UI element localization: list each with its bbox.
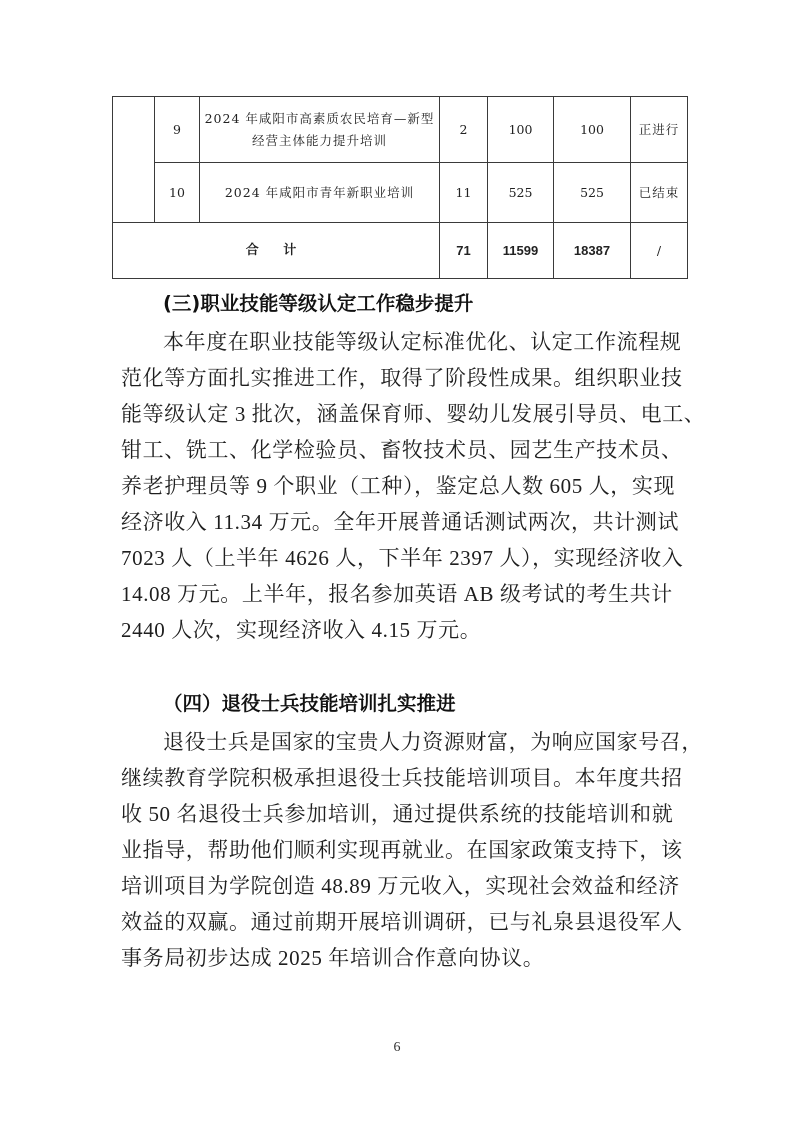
document-page: 9 2024 年咸阳市高素质农民培育—新型 经营主体能力提升培训 2 100 1…	[0, 0, 794, 1123]
category-cell	[113, 97, 155, 223]
planned-cell: 525	[488, 163, 554, 223]
status-cell: 正进行	[631, 97, 688, 163]
actual-cell: 100	[554, 97, 631, 163]
sessions-cell: 2	[440, 97, 488, 163]
index-cell: 9	[155, 97, 200, 163]
project-name-line: 2024 年咸阳市高素质农民培育—新型	[200, 108, 439, 130]
paragraph-line: 事务局初步达成 2025 年培训合作意向协议。	[121, 940, 674, 976]
paragraph-line: 退役士兵是国家的宝贵人力资源财富，为响应国家号召，	[163, 724, 674, 760]
paragraph-line: 7023 人（上半年 4626 人，下半年 2397 人），实现经济收入	[121, 540, 674, 576]
training-table: 9 2024 年咸阳市高素质农民培育—新型 经营主体能力提升培训 2 100 1…	[112, 96, 688, 279]
total-sessions: 71	[440, 223, 488, 279]
paragraph-line: 业指导，帮助他们顺利实现再就业。在国家政策支持下，该	[121, 832, 674, 868]
paragraph-line: 本年度在职业技能等级认定标准优化、认定工作流程规	[163, 324, 674, 360]
table-total-row: 合 计 71 11599 18387 /	[113, 223, 688, 279]
project-name-line: 经营主体能力提升培训	[200, 130, 439, 152]
total-status: /	[631, 223, 688, 279]
paragraph-line: 养老护理员等 9 个职业（工种），鉴定总人数 605 人，实现	[121, 468, 674, 504]
paragraph-line: 培训项目为学院创造 48.89 万元收入，实现社会效益和经济	[121, 868, 674, 904]
total-planned: 11599	[488, 223, 554, 279]
paragraph-line: 钳工、铣工、化学检验员、畜牧技术员、园艺生产技术员、	[121, 432, 674, 468]
sessions-cell: 11	[440, 163, 488, 223]
project-name-cell: 2024 年咸阳市高素质农民培育—新型 经营主体能力提升培训	[200, 97, 440, 163]
section-heading-4: （四）退役士兵技能培训扎实推进	[163, 686, 456, 722]
status-cell: 已结束	[631, 163, 688, 223]
table-row: 10 2024 年咸阳市青年新职业培训 11 525 525 已结束	[113, 163, 688, 223]
table-row: 9 2024 年咸阳市高素质农民培育—新型 经营主体能力提升培训 2 100 1…	[113, 97, 688, 163]
paragraph-line: 范化等方面扎实推进工作，取得了阶段性成果。组织职业技	[121, 360, 674, 396]
page-number: 6	[0, 1040, 794, 1056]
paragraph-line: 14.08 万元。上半年，报名参加英语 AB 级考试的考生共计	[121, 576, 674, 612]
paragraph-line: 收 50 名退役士兵参加培训，通过提供系统的技能培训和就	[121, 796, 674, 832]
planned-cell: 100	[488, 97, 554, 163]
index-cell: 10	[155, 163, 200, 223]
paragraph-line: 继续教育学院积极承担退役士兵技能培训项目。本年度共招	[121, 760, 674, 796]
project-name-cell: 2024 年咸阳市青年新职业培训	[200, 163, 440, 223]
total-label: 合 计	[113, 223, 440, 279]
total-actual: 18387	[554, 223, 631, 279]
actual-cell: 525	[554, 163, 631, 223]
paragraph-line: 经济收入 11.34 万元。全年开展普通话测试两次，共计测试	[121, 504, 674, 540]
paragraph-line: 能等级认定 3 批次，涵盖保育师、婴幼儿发展引导员、电工、	[121, 396, 674, 432]
section-heading-3: (三)职业技能等级认定工作稳步提升	[163, 286, 473, 322]
paragraph-line: 效益的双赢。通过前期开展培训调研，已与礼泉县退役军人	[121, 904, 674, 940]
paragraph-line: 2440 人次，实现经济收入 4.15 万元。	[121, 612, 674, 648]
